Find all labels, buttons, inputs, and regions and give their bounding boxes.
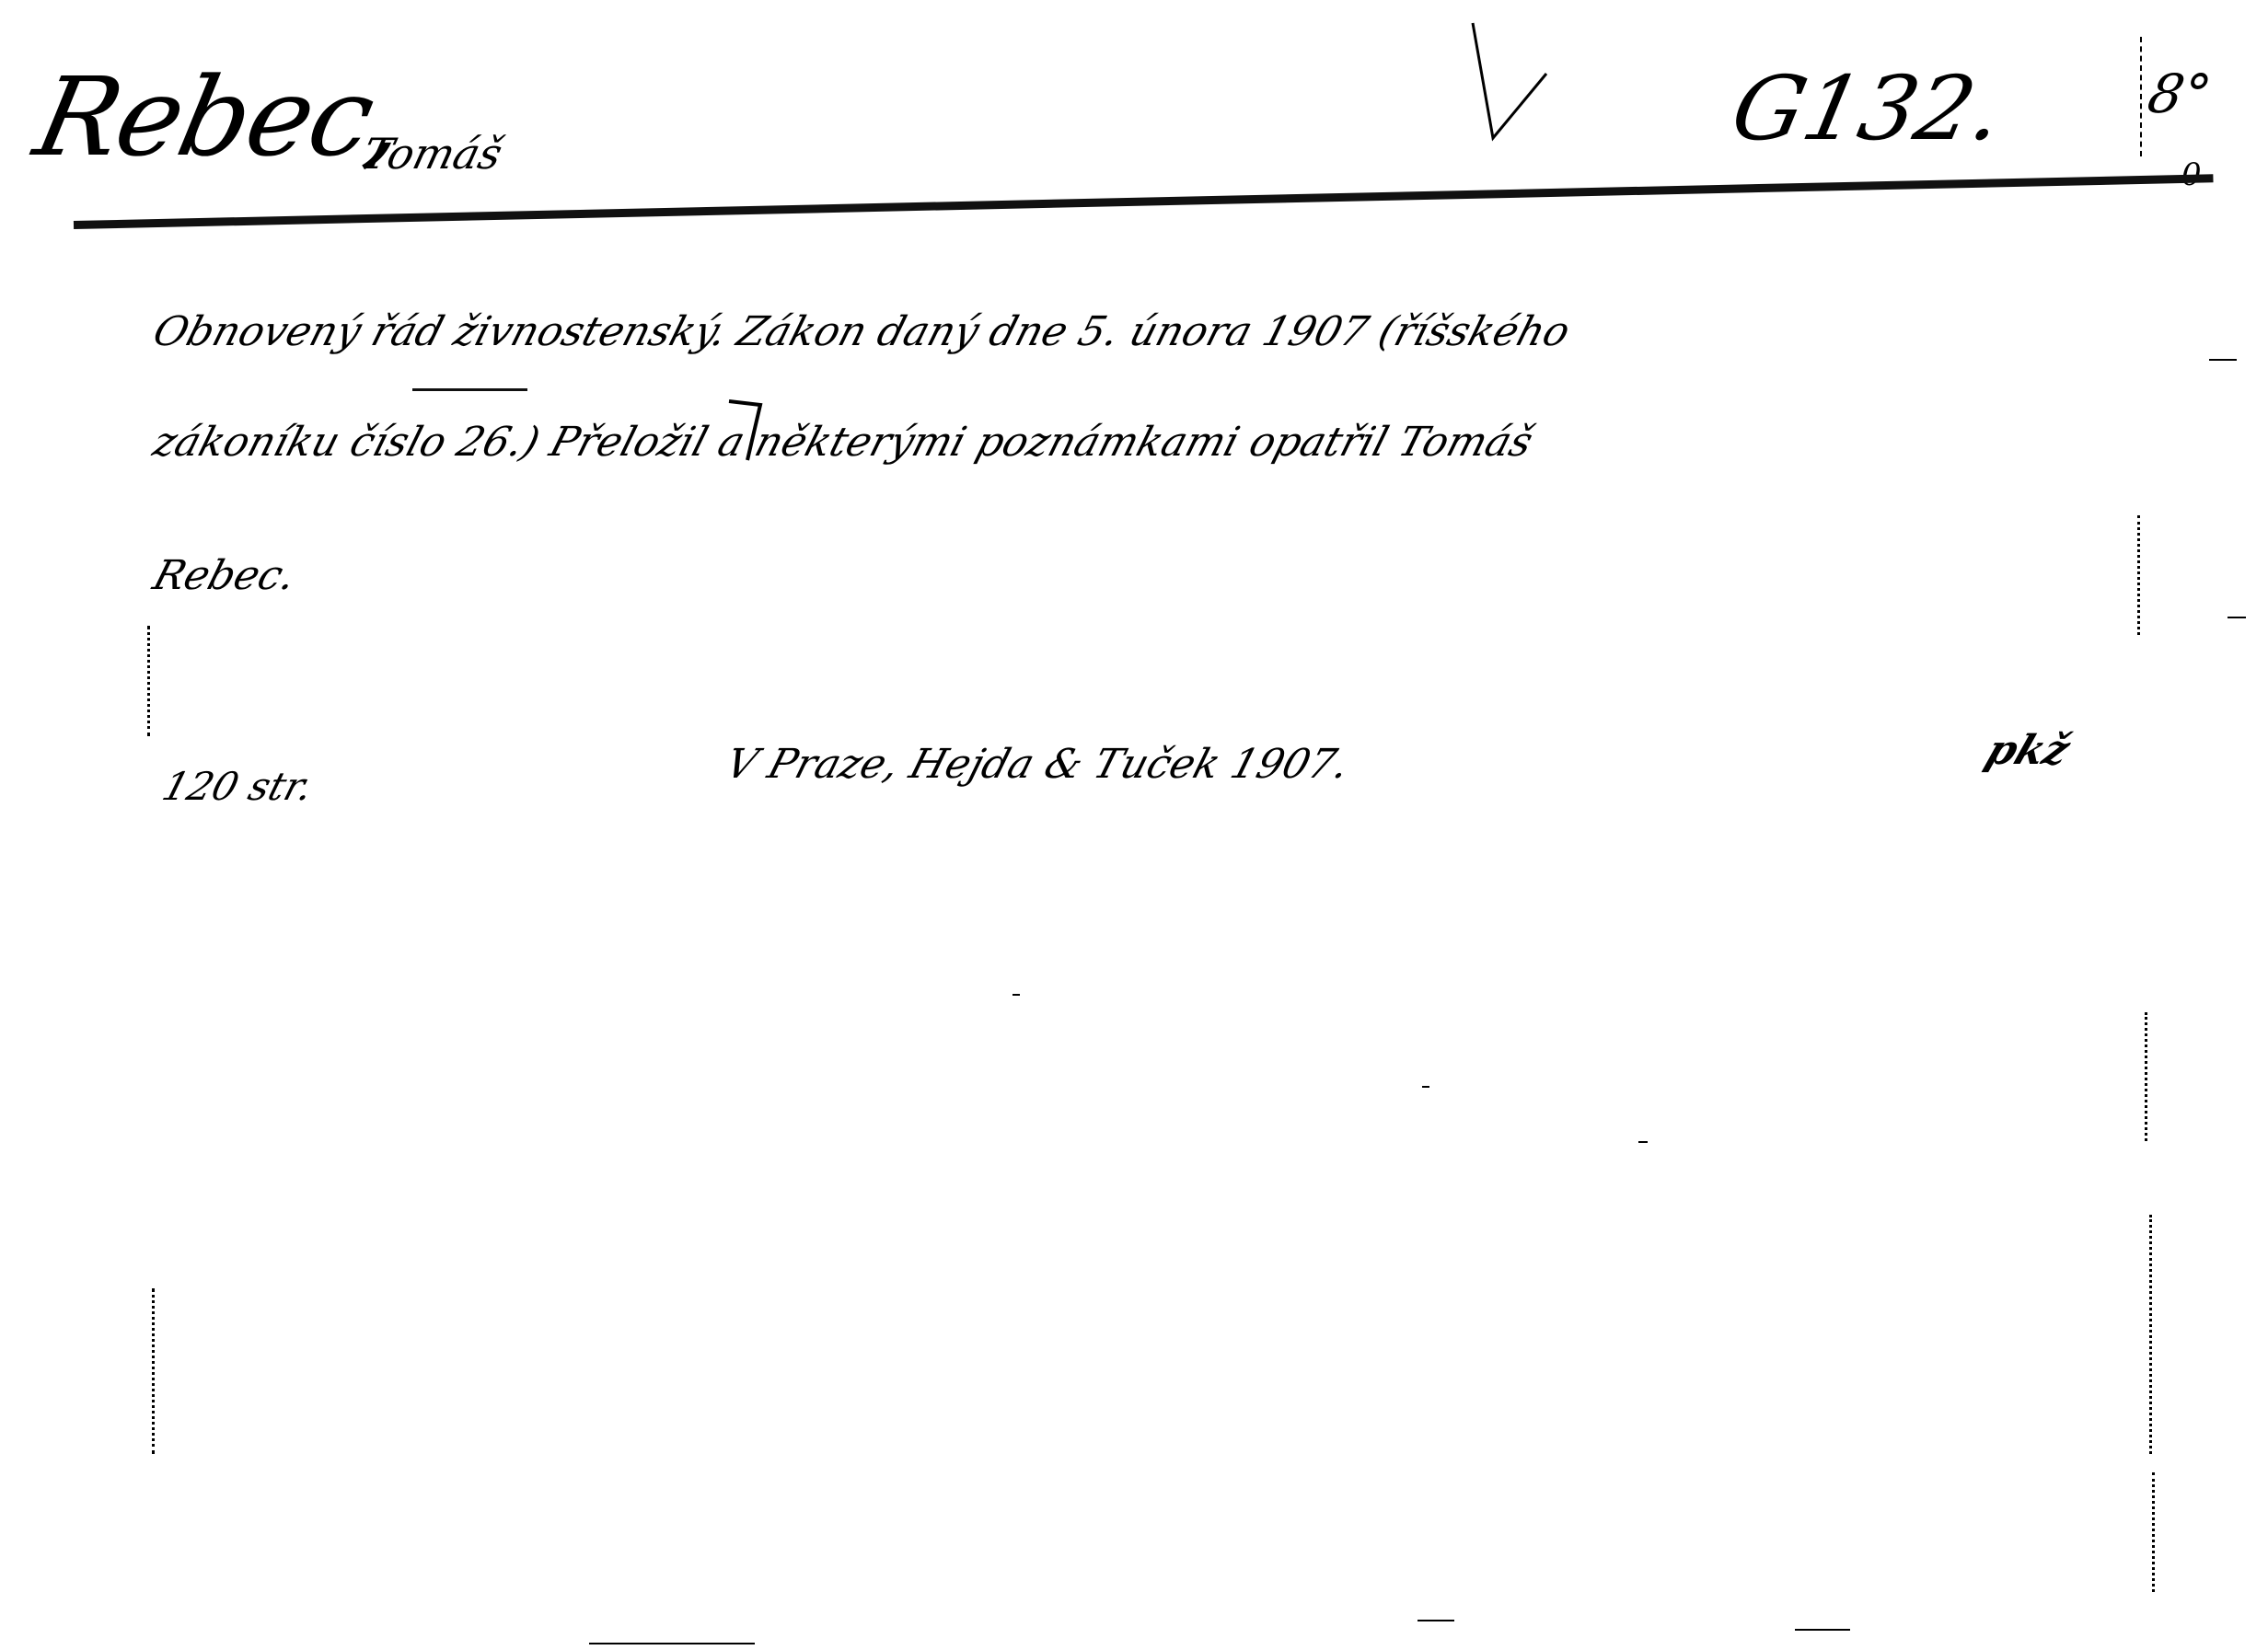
underline-mark <box>412 388 527 391</box>
cataloger-initials: pkž <box>1980 727 2077 774</box>
page-count: 120 str. <box>157 764 318 809</box>
catalog-card: Rebec, Tomáš G132. 8° 0 Obnovený řád živ… <box>0 0 2268 1650</box>
scan-artifact-right-1 <box>2137 515 2140 635</box>
scan-speck <box>2209 359 2237 361</box>
scan-speck <box>1422 1086 1429 1088</box>
scan-artifact-right-3 <box>2149 1215 2152 1454</box>
scan-artifact-right-2 <box>2145 1012 2147 1141</box>
scan-speck <box>2227 617 2246 618</box>
shelf-mark: G132. <box>1723 57 2012 160</box>
format-divider <box>2140 37 2142 156</box>
author-surname: Rebec, <box>25 53 416 180</box>
description-line-2: zákoníku číslo 26.) Přeložil a některými… <box>148 419 1538 466</box>
author-given-name: Tomáš <box>357 129 507 179</box>
scan-artifact-left-1 <box>147 626 150 736</box>
scan-artifact-left-2 <box>152 1288 155 1454</box>
scan-speck <box>1795 1629 1850 1631</box>
scan-speck <box>1638 1141 1648 1143</box>
description-line-1: Obnovený řád živnostenský. Zákon daný dn… <box>148 308 1576 355</box>
imprint: V Praze, Hejda & Tuček 1907. <box>721 741 1355 788</box>
check-mark-icon <box>1445 18 1574 147</box>
scan-speck <box>589 1643 755 1644</box>
scan-speck <box>1012 994 1020 996</box>
format-mark: 8° <box>2143 63 2216 125</box>
heading-rule <box>74 174 2214 229</box>
description-line-3: Rebec. <box>148 552 302 599</box>
scan-speck <box>1417 1620 1454 1621</box>
scan-artifact-right-4 <box>2152 1472 2155 1592</box>
